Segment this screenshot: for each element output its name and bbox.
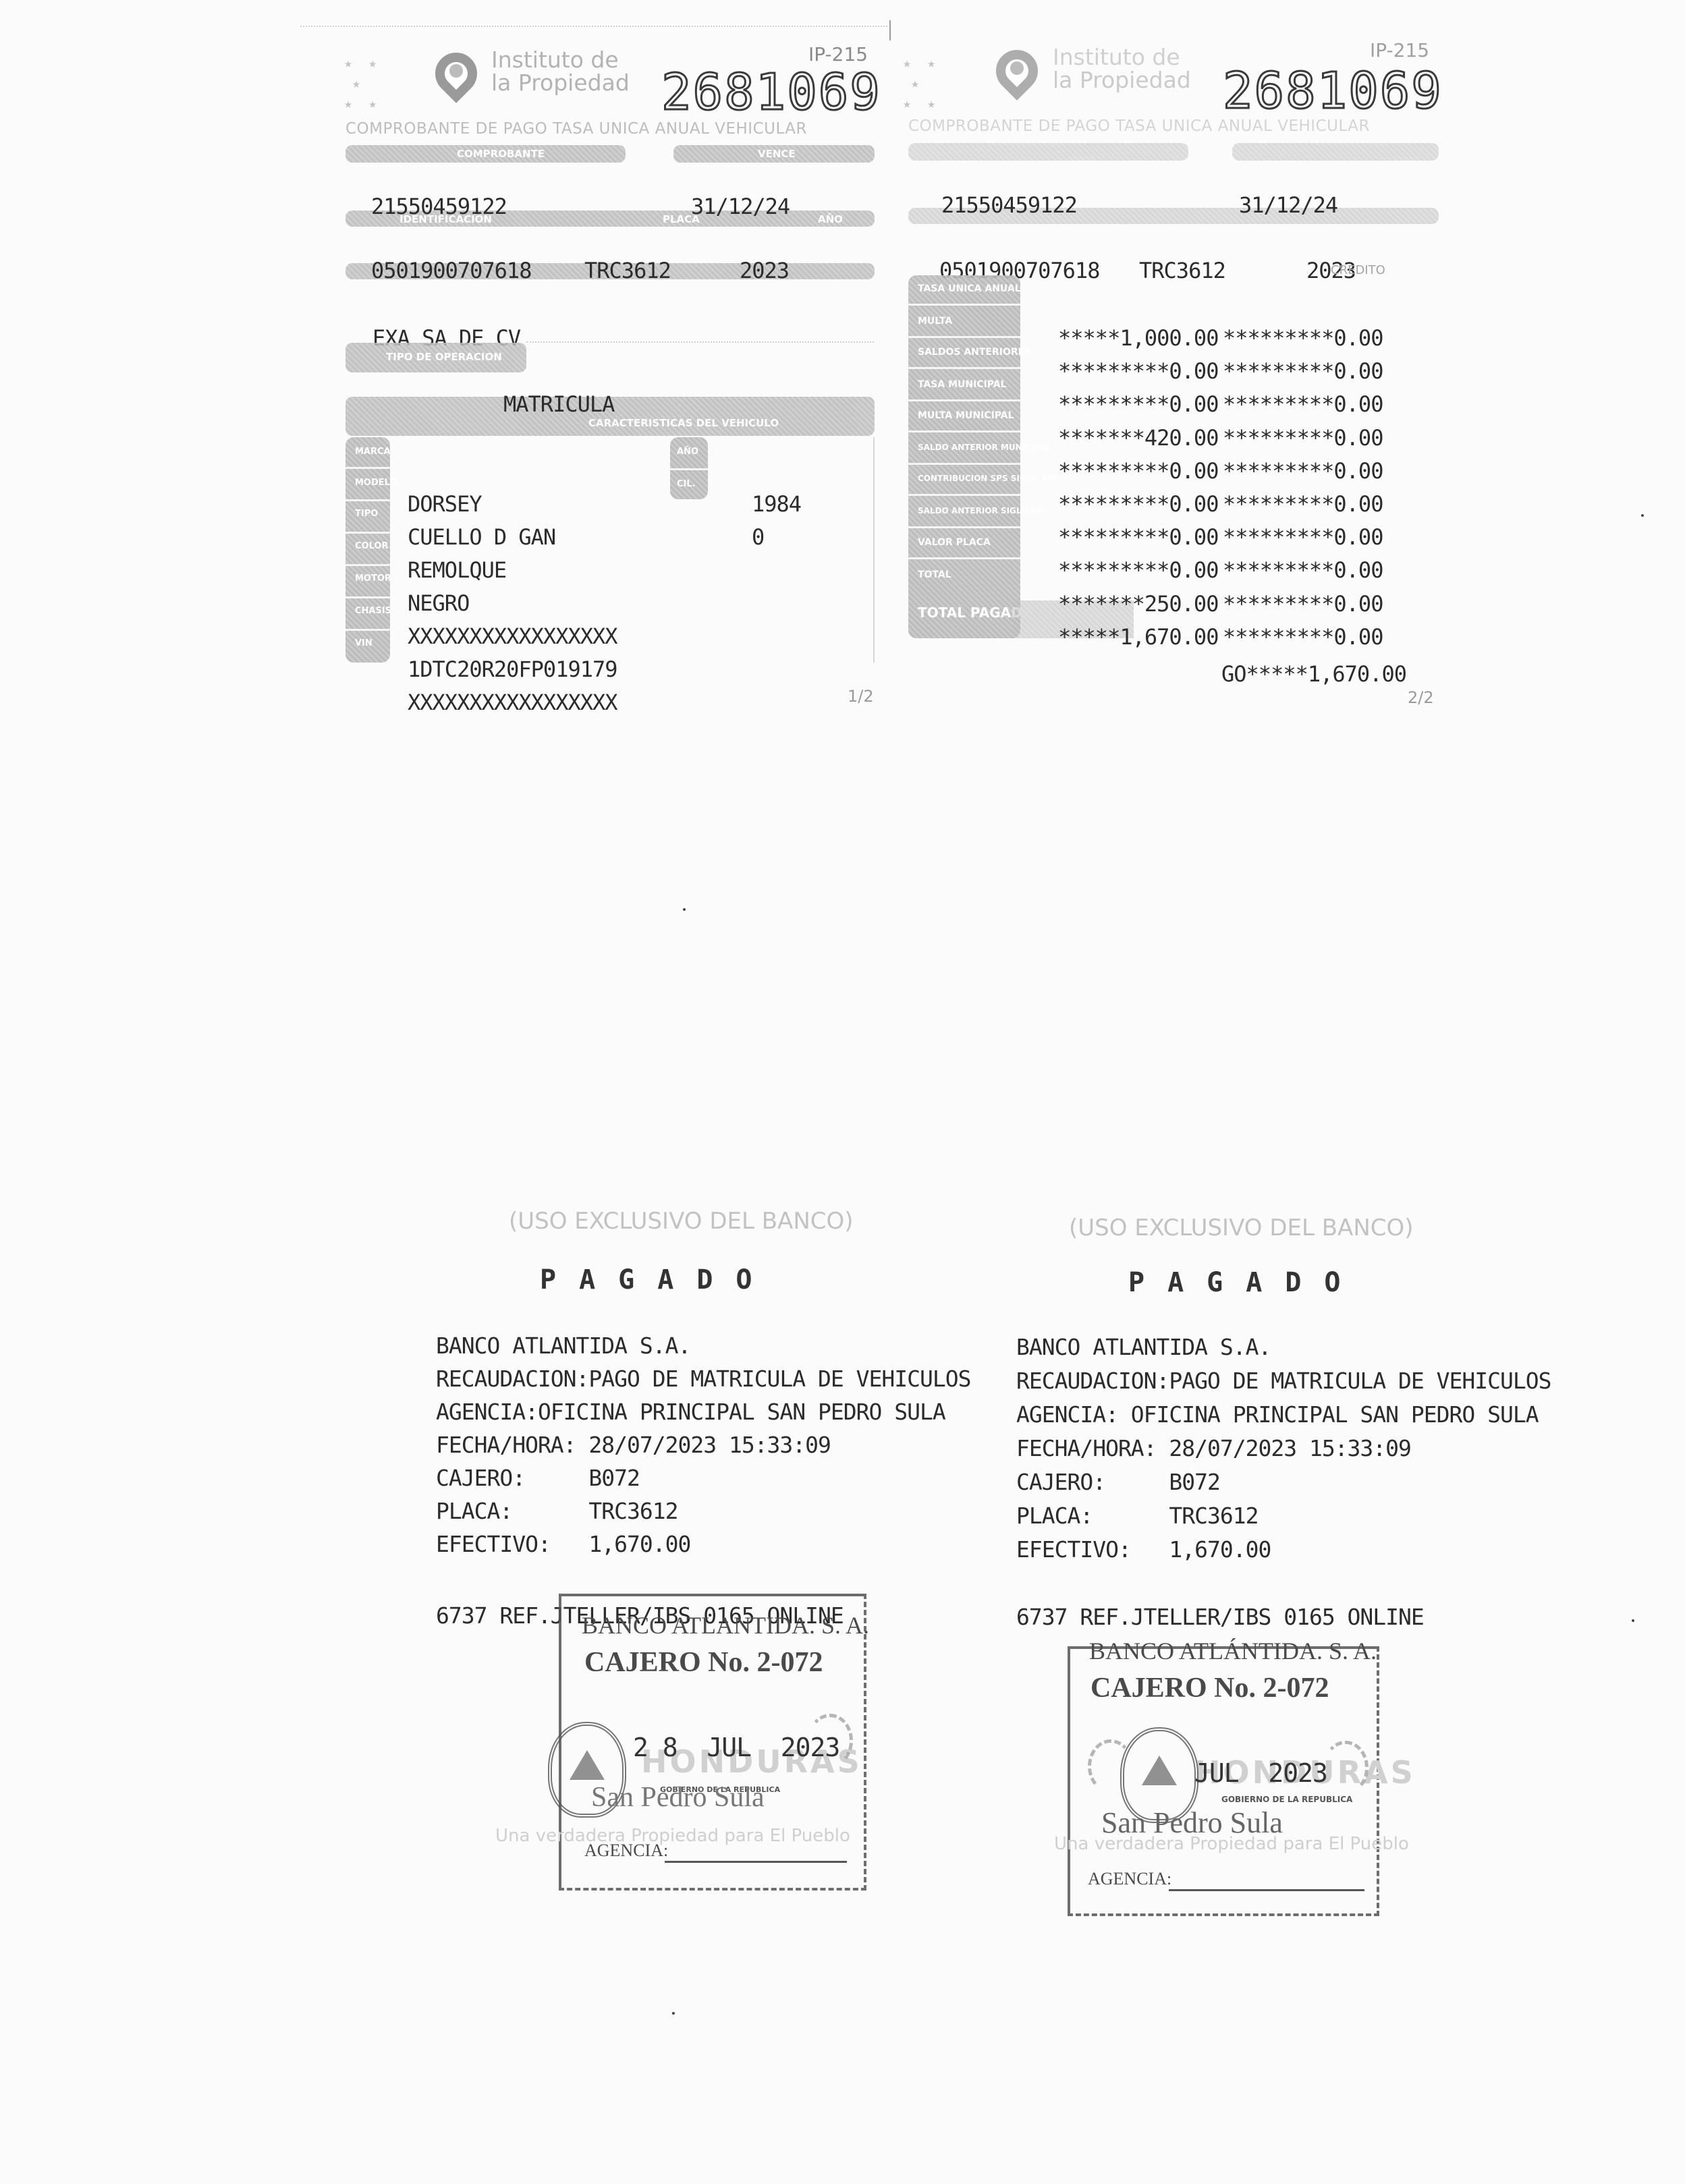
placa: PLACA: TRC3612 [436,1494,678,1528]
tipo-operacion-label: TIPO DE OPERACION [386,351,502,363]
cut-line [300,26,887,27]
form-code: IP-215 [808,43,868,65]
anio-cil-labels: AÑO CIL. [670,437,708,499]
stamp-agencia: AGENCIA: [1088,1869,1171,1889]
paid-status: PAGADO [1128,1267,1364,1298]
agencia-line [665,1861,847,1863]
serial-number: 2681069 [1223,62,1443,120]
bank-line-2: RECAUDACION:PAGO DE MATRICULA DE VEHICUL… [436,1362,970,1395]
institution-name-line2: la Propiedad [1053,69,1191,92]
institution-name-line1: Instituto de [491,49,619,72]
tasa-municipal-label: TASA MUNICIPAL [918,379,1007,390]
tipo-label: TIPO [355,509,378,519]
page-number: 1/2 [848,687,874,706]
saldo-anterior-siglo-label: SALDO ANTERIOR SIGLO XXI [918,506,1046,515]
label-strip: TIPO DE OPERACION [346,343,526,372]
vin-value: XXXXXXXXXXXXXXXXX [408,690,617,715]
charge-credito: *********0.00 [1223,591,1383,617]
contribucion-sps-label: CONTRIBUCION SPS SIGLO XXI [918,474,1056,483]
charge-debito: *********0.00 [1058,458,1218,484]
total-label: TOTAL [918,569,951,580]
slogan-watermark: Una verdadera Propiedad para El Pueblo [1054,1834,1409,1854]
vence-label: VENCE [758,148,796,160]
charge-credito: *********0.00 [1223,425,1383,451]
bank-line-3: AGENCIA:OFICINA PRINCIPAL SAN PEDRO SULA [436,1395,945,1428]
cil-label: CIL. [677,479,696,489]
credito-label: CREDITO [1331,263,1385,277]
efectivo: EFECTIVO: 1,670.00 [1016,1533,1271,1566]
receipt-title: COMPROBANTE DE PAGO TASA UNICA ANUAL VEH… [908,117,1370,135]
charge-debito: *********0.00 [1058,391,1218,417]
stamp-city: San Pedro Sula [591,1781,765,1814]
stamp-cajero: CAJERO No. 2-072 [584,1646,823,1679]
modelo-label: MODELO [355,478,397,488]
anio-vehiculo-label: AÑO [677,447,698,457]
bank-line-1: BANCO ATLANTIDA S.A. [436,1329,690,1362]
placa: PLACA: TRC3612 [1016,1499,1259,1532]
paid-status: PAGADO [540,1264,775,1295]
vehicle-labels-column: MARCA MODELO TIPO COLOR MOTOR CHASIS VIN [346,437,390,663]
charge-credito: *********0.00 [1223,524,1383,550]
label-strip: COMPROBANTE [346,145,626,163]
charge-debito: *******420.00 [1058,425,1218,451]
vehicle-section-label: CARACTERISTICAS DEL VEHICULO [588,417,779,429]
receipt-title: COMPROBANTE DE PAGO TASA UNICA ANUAL VEH… [346,120,807,138]
label-strip [1232,143,1439,161]
stamp-bank: BANCO ATLÁNTIDA. S. A. [1089,1637,1377,1665]
cajero: CAJERO: B072 [436,1461,640,1494]
scan-speck [1641,514,1644,517]
anio-label: AÑO [818,213,843,225]
comprobante-value: 21550459122 [371,194,507,219]
label-strip: VENCE [673,145,875,163]
institution-name-line2: la Propiedad [491,72,630,94]
stamp-cajero: CAJERO No. 2-072 [1090,1672,1329,1704]
stamp-date: 2 8 JUL 2023 [633,1733,839,1762]
tasa-unica-label: TASA UNICA ANUAL [918,283,1021,294]
bank-use-only-label: (USO EXCLUSIVO DEL BANCO) [1069,1214,1414,1241]
bank-line-1: BANCO ATLANTIDA S.A. [1016,1331,1271,1364]
charge-debito: *********0.00 [1058,491,1218,517]
reference: 6737 REF.JTELLER/IBS 0165 ONLINE [1016,1600,1424,1633]
comprobante-label: COMPROBANTE [457,148,545,160]
placa-value: TRC3612 [1139,258,1225,283]
logo-arc-icon [1088,1739,1134,1793]
border-line [873,437,875,663]
tipo-operacion-value: MATRICULA [503,391,614,417]
charge-credito: *********0.00 [1223,458,1383,484]
charge-debito: *********0.00 [1058,524,1218,550]
charge-credito: *********0.00 [1223,391,1383,417]
serial-number: 2681069 [661,63,881,121]
bank-line-3: AGENCIA: OFICINA PRINCIPAL SAN PEDRO SUL… [1016,1398,1539,1431]
label-strip [908,143,1188,161]
logo-dot-icon [449,64,463,78]
fecha-hora: FECHA/HORA: 28/07/2023 15:33:09 [436,1428,831,1461]
slogan-watermark: Una verdadera Propiedad para El Pueblo [495,1826,850,1846]
color-value: NEGRO [408,590,469,616]
logo-dot-icon [1010,61,1024,75]
charge-credito: *********0.00 [1223,325,1383,351]
marca-label: MARCA [355,447,391,457]
stars-icon: ★ ★ ★★ ★ [344,53,377,113]
form-code: IP-215 [1370,39,1429,61]
agencia-line [1169,1889,1364,1891]
valor-placa-label: VALOR PLACA [918,537,991,548]
fecha-hora: FECHA/HORA: 28/07/2023 15:33:09 [1016,1432,1411,1465]
stars-icon: ★ ★ ★★ ★ [903,53,935,113]
charge-labels-column: TASA UNICA ANUAL MULTA SALDOS ANTERIORES… [908,275,1020,638]
anio-vehiculo-value: 1984 [752,491,801,517]
vin-label: VIN [355,638,372,648]
chasis-label: CHASIS [355,606,391,616]
scan-speck [1632,1619,1634,1622]
anio-value: 2023 [740,258,789,283]
charge-credito: *********0.00 [1223,491,1383,517]
charge-debito: *******250.00 [1058,591,1218,617]
marca-value: DORSEY [408,491,482,517]
identificacion-value: 0501900707618 [371,258,531,283]
tipo-value: REMOLQUE [408,557,506,583]
cilindraje-value: 0 [752,524,764,550]
charge-debito: *****1,000.00 [1058,325,1218,351]
total-pagado-value: GO*****1,670.00 [1221,661,1406,687]
saldos-anteriores-label: SALDOS ANTERIORES [918,347,1031,358]
scan-speck [672,2012,675,2015]
charge-credito: *********0.00 [1223,557,1383,583]
motor-label: MOTOR [355,573,391,584]
charge-debito: *********0.00 [1058,557,1218,583]
cajero: CAJERO: B072 [1016,1465,1220,1499]
bank-use-only-label: (USO EXCLUSIVO DEL BANCO) [509,1208,854,1235]
multa-municipal-label: MULTA MUNICIPAL [918,410,1014,421]
fold-mark [889,20,891,40]
placa-value: TRC3612 [584,258,671,283]
scan-speck [683,908,686,911]
modelo-value: CUELLO D GAN [408,524,555,550]
bank-line-2: RECAUDACION:PAGO DE MATRICULA DE VEHICUL… [1016,1364,1551,1397]
institution-name-line1: Instituto de [1053,46,1180,69]
vence-value: 31/12/24 [1239,192,1337,218]
stamp-agencia: AGENCIA: [584,1841,668,1861]
gobierno-label: GOBIERNO DE LA REPUBLICA [1221,1795,1352,1804]
charge-debito: *********0.00 [1058,358,1218,384]
stamp-bank: BANCO ATLANTIDA. S. A. [582,1611,869,1640]
multa-label: MULTA [918,316,952,327]
chasis-value: 1DTC20R20FP019179 [408,656,617,682]
charge-credito: *********0.00 [1223,624,1383,650]
efectivo: EFECTIVO: 1,670.00 [436,1528,690,1561]
charge-credito: *********0.00 [1223,358,1383,384]
comprobante-value: 21550459122 [941,192,1077,218]
page-number: 2/2 [1408,688,1434,707]
charge-debito: *****1,670.00 [1058,624,1218,650]
saldo-anterior-municipal-label: SALDO ANTERIOR MUNICIPAL [918,443,1051,452]
stamp-date: JUL 2023 [1194,1758,1327,1788]
logo-arc-icon [1323,1741,1369,1795]
divider [526,341,874,343]
color-label: COLOR [355,541,388,551]
vence-value: 31/12/24 [691,194,790,219]
motor-value: XXXXXXXXXXXXXXXXX [408,623,617,649]
